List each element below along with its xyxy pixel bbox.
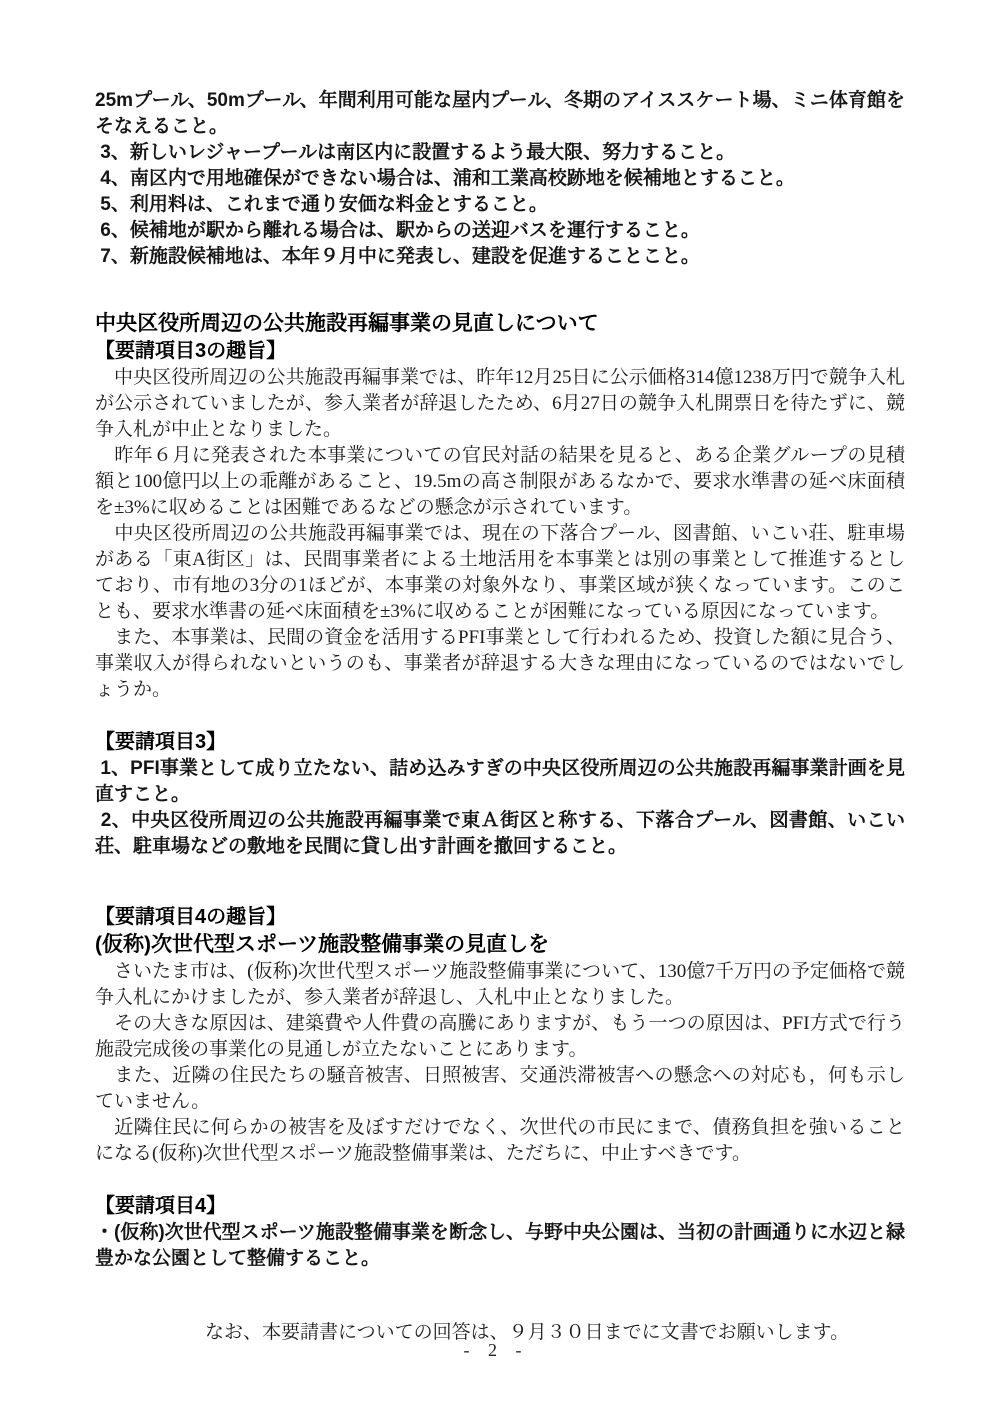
request-label-heading: 【要請項目4の趣旨】 — [95, 904, 905, 931]
section-title: (仮称)次世代型スポーツ施設整備事業の見直しを — [95, 931, 905, 959]
body-paragraph: 昨年６月に発表された本事業についての官民対話の結果を見ると、ある企業グループの見… — [95, 443, 905, 521]
body-paragraph: その大きな原因は、建築費や人件費の高騰にありますが、もう一つの原因は、PFI方式… — [95, 1011, 905, 1063]
section-title: 中央区役所周辺の公共施設再編事業の見直しについて — [95, 310, 905, 338]
request-item: 5、利用料は、これまで通り安価な料金とすること。 — [95, 192, 905, 218]
request-item: ・(仮称)次世代型スポーツ施設整備事業を断念し、与野中央公園は、当初の計画通りに… — [95, 1220, 905, 1272]
body-paragraph: 近隣住民に何らかの被害を及ぼすだけでなく、次世代の市民にまで、債務負担を強いるこ… — [95, 1115, 905, 1167]
request-item: 25mプール、50mプール、年間利用可能な屋内プール、冬期のアイススケート場、ミ… — [95, 88, 905, 140]
body-paragraph: 中央区役所周辺の公共施設再編事業では、昨年12月25日に公示価格314億1238… — [95, 365, 905, 443]
body-paragraph: また、近隣の住民たちの騒音被害、日照被害、交通渋滞被害への懸念への対応も，何も示… — [95, 1063, 905, 1115]
body-paragraph: さいたま市は、(仮称)次世代型スポーツ施設整備事業について、130億7千万円の予… — [95, 959, 905, 1011]
request-item: 1、PFI事業として成り立たない、詰め込みすぎの中央区役所周辺の公共施設再編事業… — [95, 756, 905, 808]
request-label-heading: 【要請項目3の趣旨】 — [95, 338, 905, 365]
document-page: 25mプール、50mプール、年間利用可能な屋内プール、冬期のアイススケート場、ミ… — [0, 0, 992, 1403]
request-label-heading: 【要請項目3】 — [95, 729, 905, 756]
request-label-heading: 【要請項目4】 — [95, 1193, 905, 1220]
request-item: 7、新施設候補地は、本年９月中に発表し、建設を促進することこと。 — [95, 244, 905, 270]
request-item: 2、中央区役所周辺の公共施設再編事業で東Ａ街区と称する、下落合プール、図書館、い… — [95, 808, 905, 860]
body-paragraph: また、本事業は、民間の資金を活用するPFI事業として行われるため、投資した額に見… — [95, 625, 905, 703]
request-item: 4、南区内で用地確保ができない場合は、浦和工業高校跡地を候補地とすること。 — [95, 166, 905, 192]
body-paragraph: 中央区役所周辺の公共施設再編事業では、現在の下落合プール、図書館、いこい荘、駐車… — [95, 521, 905, 625]
document-content: 25mプール、50mプール、年間利用可能な屋内プール、冬期のアイススケート場、ミ… — [95, 88, 905, 1346]
request-item: 3、新しいレジャープールは南区内に設置するよう最大限、努力すること。 — [95, 140, 905, 166]
page-number: - 2 - — [0, 1340, 992, 1361]
request-item: 6、候補地が駅から離れる場合は、駅からの送迎バスを運行すること。 — [95, 218, 905, 244]
